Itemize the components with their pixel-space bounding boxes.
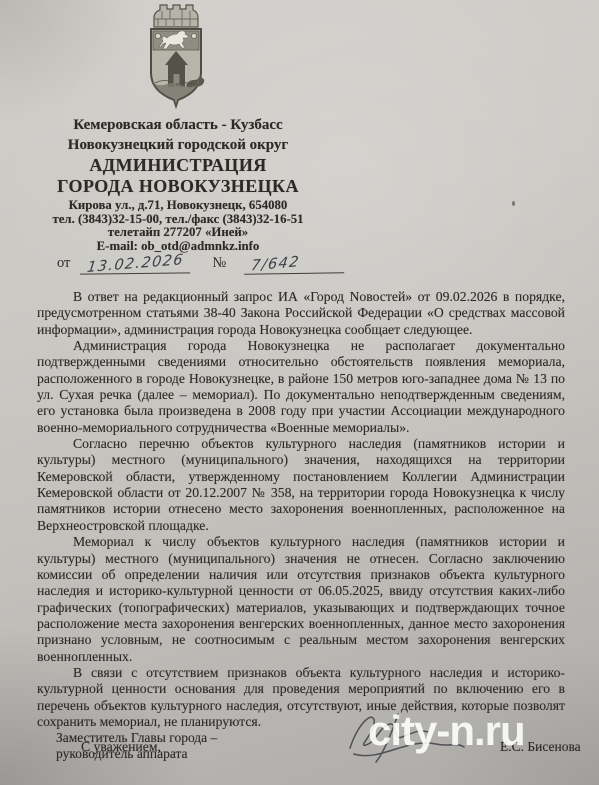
number-label: № (212, 255, 226, 274)
date-blank-line: 13.02.2026 (80, 248, 190, 274)
letterhead-address: Кирова ул., д.71, Новокузнецк, 654080 (6, 199, 350, 213)
paragraph-2: Администрация города Новокузнецка не рас… (37, 338, 565, 436)
signer-position: Заместитель Главы города – руководитель … (56, 730, 276, 761)
letterhead-org-line2: ГОРОДА НОВОКУЗНЕЦКА (6, 176, 350, 197)
novokuznetsk-coat-of-arms-icon (140, 3, 212, 109)
letterhead-phones: тел. (3843)32-15-00, тел./факс (3843)32-… (6, 213, 350, 227)
date-label: от (57, 255, 70, 274)
letterhead-teletype: телетайп 277207 «Иней» (6, 226, 350, 240)
signer-position-line2: руководитель аппарата (56, 746, 276, 762)
letter-page: Кемеровская область - Кузбасс Новокузнец… (0, 0, 599, 785)
paper-speck (512, 201, 515, 206)
letterhead-org-line1: АДМИНИСТРАЦИЯ (6, 155, 350, 176)
site-watermark: city-n.ru (368, 707, 525, 755)
number-blank-line: 7/642 (244, 248, 344, 275)
letterhead-region: Кемеровская область - Кузбасс (6, 116, 350, 136)
paragraph-3: Согласно перечню объектов культурного на… (37, 436, 565, 534)
letterhead: Кемеровская область - Кузбасс Новокузнец… (6, 116, 350, 253)
letterhead-district: Новокузнецкий городской округ (6, 136, 350, 156)
paragraph-4: Мемориал к числу объектов культурного на… (37, 534, 565, 665)
paragraph-1: В ответ на редакционный запрос ИА «Город… (37, 289, 565, 338)
letter-body: В ответ на редакционный запрос ИА «Город… (37, 289, 565, 756)
letter-photo: Кемеровская область - Кузбасс Новокузнец… (0, 0, 599, 785)
signer-position-line1: Заместитель Главы города – (56, 730, 276, 746)
reference-row: от13.02.2026№7/642 (57, 249, 344, 275)
handwritten-date: 13.02.2026 (87, 252, 186, 276)
handwritten-number: 7/642 (250, 254, 301, 274)
